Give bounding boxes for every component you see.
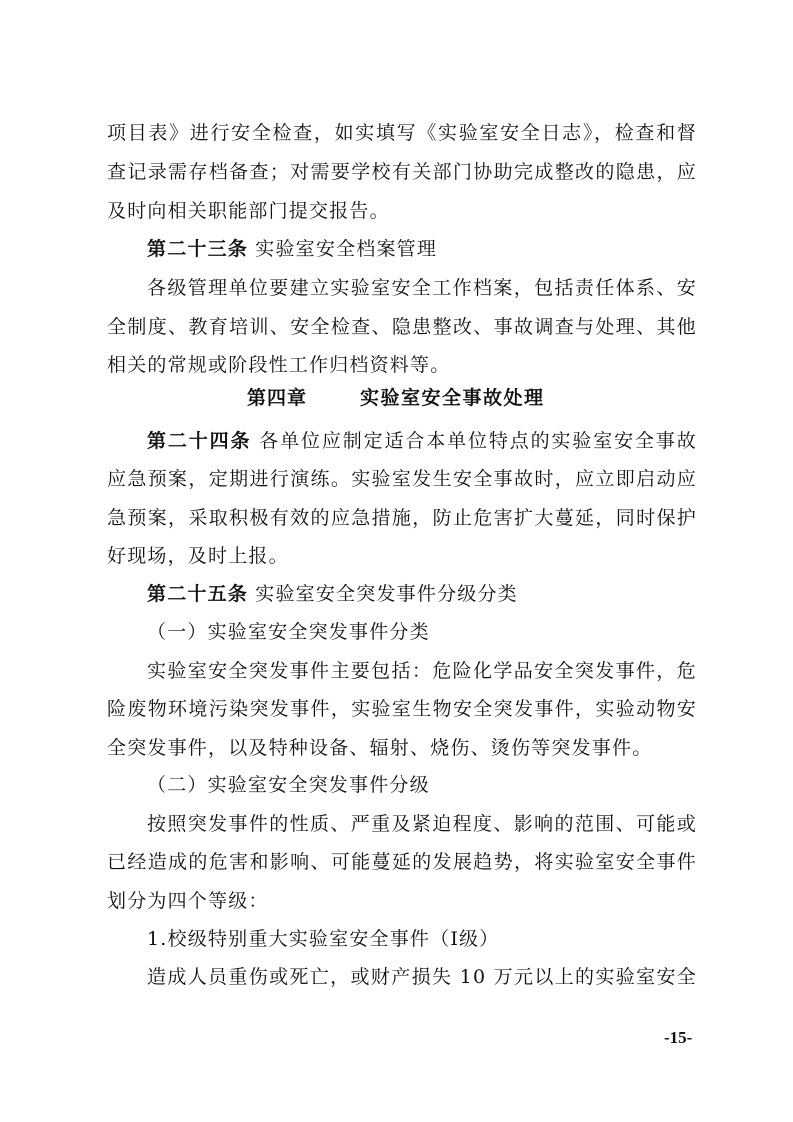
chapter-title: 实验室安全事故处理 xyxy=(360,386,545,410)
paragraph-line: 险废物环境污染突发事件，实验室生物安全突发事件，实验动物安 xyxy=(107,697,697,721)
chapter-number: 第四章 xyxy=(247,386,307,410)
page-number: -15- xyxy=(664,1028,692,1048)
article-label: 第二十四条 xyxy=(147,430,251,452)
paragraph-line: 查记录需存档备查；对需要学校有关部门协助完成整改的隐患，应 xyxy=(107,160,697,184)
paragraph-line: 按照突发事件的性质、严重及紧迫程度、影响的范围、可能或 xyxy=(147,812,697,836)
article-text: 各单位应制定适合本单位特点的实验室安全事故 xyxy=(259,430,697,452)
paragraph-line: 已经造成的危害和影响、可能蔓延的发展趋势，将实验室安全事件 xyxy=(107,850,697,874)
paragraph-line: 各级管理单位要建立实验室安全工作档案，包括责任体系、安 xyxy=(147,276,697,300)
paragraph-line: 好现场，及时上报。 xyxy=(107,544,697,568)
article-24-heading: 第二十四条 各单位应制定适合本单位特点的实验室安全事故 xyxy=(147,429,697,453)
paragraph-line: 全突发事件，以及特种设备、辐射、烧伤、烫伤等突发事件。 xyxy=(107,736,697,760)
paragraph-line: 划分为四个等级： xyxy=(107,889,697,913)
article-23-heading: 第二十三条 实验室安全档案管理 xyxy=(147,237,697,261)
article-title: 实验室安全档案管理 xyxy=(255,238,437,260)
paragraph-line: 项目表》进行安全检查，如实填写《实验室安全日志》，检查和督 xyxy=(107,121,697,145)
paragraph-line: 急预案，采取积极有效的应急措施，防止危害扩大蔓延，同时保护 xyxy=(107,506,697,530)
paragraph-line: 应急预案，定期进行演练。实验室发生安全事故时，应立即启动应 xyxy=(107,467,697,491)
paragraph-line: 造成人员重伤或死亡，或财产损失 10 万元以上的实验室安全 xyxy=(147,965,697,989)
section-title: （二）实验室安全突发事件分级 xyxy=(147,773,697,797)
article-label: 第二十五条 xyxy=(147,583,248,605)
level-title: 1.校级特别重大实验室安全事件（Ⅰ级） xyxy=(147,927,697,951)
paragraph-line: 实验室安全突发事件主要包括：危险化学品安全突发事件，危 xyxy=(147,659,697,683)
paragraph-line: 全制度、教育培训、安全检查、隐患整改、事故调查与处理、其他 xyxy=(107,315,697,339)
paragraph-line: 及时向相关职能部门提交报告。 xyxy=(107,199,697,223)
section-title: （一）实验室安全突发事件分类 xyxy=(147,620,697,644)
article-label: 第二十三条 xyxy=(147,238,248,260)
paragraph-line: 相关的常规或阶段性工作归档资料等。 xyxy=(107,353,697,377)
article-title: 实验室安全突发事件分级分类 xyxy=(255,583,518,605)
article-25-heading: 第二十五条 实验室安全突发事件分级分类 xyxy=(147,582,697,606)
